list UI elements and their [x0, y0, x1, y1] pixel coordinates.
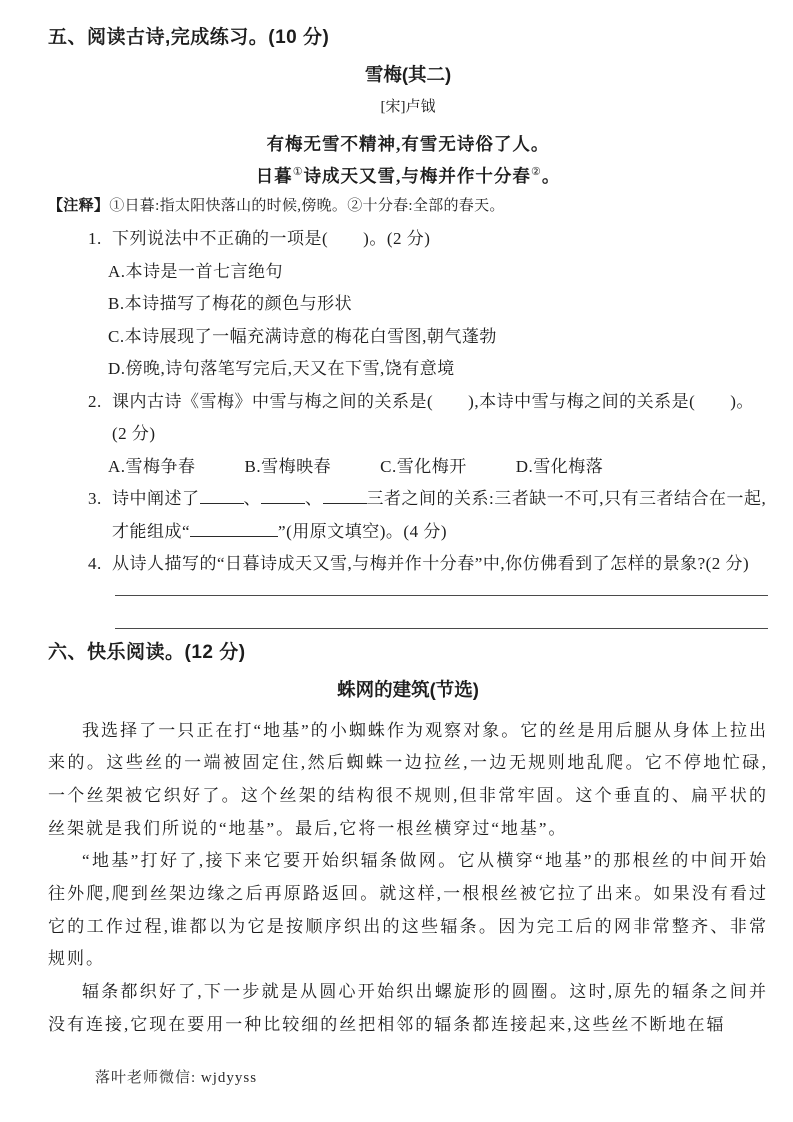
- blank-underline: [323, 488, 367, 504]
- question-2-number: 2.: [88, 386, 102, 419]
- poem-line-2: 日暮①诗成天又雪,与梅并作十分春②。: [48, 160, 768, 192]
- option-a: A.雪梅争春: [108, 451, 196, 484]
- footnote-marker-2: ②: [531, 166, 542, 178]
- section5-heading: 五、阅读古诗,完成练习。(10 分): [48, 26, 768, 50]
- annotation-label: 【注释】: [48, 197, 109, 214]
- blank-underline: [261, 488, 305, 504]
- passage-paragraph-1: 我选择了一只正在打“地基”的小蜘蛛作为观察对象。它的丝是用后腿从身体上拉出来的。…: [48, 715, 768, 846]
- passage-body: 我选择了一只正在打“地基”的小蜘蛛作为观察对象。它的丝是用后腿从身体上拉出来的。…: [48, 715, 768, 1042]
- option-c: C.雪化梅开: [380, 451, 467, 484]
- question-1: 1. 下列说法中不正确的一项是( )。(2 分) A.本诗是一首七言绝句 B.本…: [88, 223, 768, 386]
- answer-line-1: [115, 595, 768, 596]
- question-3: 3. 诗中阐述了、、三者之间的关系:三者缺一不可,只有三者结合在一起,才能组成“…: [88, 483, 768, 548]
- blank-underline-long: [190, 521, 278, 537]
- question-4-text: 从诗人描写的“日暮诗成天又雪,与梅并作十分春”中,你仿佛看到了怎样的景象?(2 …: [112, 554, 749, 573]
- question-2-options: A.雪梅争春 B.雪梅映春 C.雪化梅开 D.雪化梅落: [108, 451, 768, 484]
- question-1-number: 1.: [88, 223, 102, 256]
- annotation-text: ①日暮:指太阳快落山的时候,傍晚。②十分春:全部的春天。: [109, 198, 505, 214]
- option-a: A.本诗是一首七言绝句: [108, 256, 768, 289]
- question-1-text: 下列说法中不正确的一项是( )。(2 分): [112, 229, 430, 248]
- passage-paragraph-2: “地基”打好了,接下来它要开始织辐条做网。它从横穿“地基”的那根丝的中间开始往外…: [48, 845, 768, 976]
- option-b: B.雪梅映春: [245, 451, 332, 484]
- question-4-number: 4.: [88, 548, 102, 581]
- question-1-options: A.本诗是一首七言绝句 B.本诗描写了梅花的颜色与形状 C.本诗展现了一幅充满诗…: [112, 256, 768, 386]
- teacher-wechat-note: 落叶老师微信: wjdyyss: [95, 1066, 257, 1087]
- poem-title: 雪梅(其二): [48, 62, 768, 88]
- option-b: B.本诗描写了梅花的颜色与形状: [108, 288, 768, 321]
- section-happy-reading: 六、快乐阅读。(12 分) 蛛网的建筑(节选) 我选择了一只正在打“地基”的小蜘…: [48, 641, 768, 1042]
- poem-body: 有梅无雪不精神,有雪无诗俗了人。 日暮①诗成天又雪,与梅并作十分春②。: [48, 128, 768, 192]
- option-d: D.雪化梅落: [516, 451, 604, 484]
- passage-title: 蛛网的建筑(节选): [48, 677, 768, 703]
- poem-author: [宋]卢钺: [48, 96, 768, 118]
- answer-line-2: [115, 628, 768, 629]
- section6-heading: 六、快乐阅读。(12 分): [48, 641, 768, 665]
- question-4: 4. 从诗人描写的“日暮诗成天又雪,与梅并作十分春”中,你仿佛看到了怎样的景象?…: [88, 548, 768, 581]
- question-2-text: 课内古诗《雪梅》中雪与梅之间的关系是( ),本诗中雪与梅之间的关系是( )。(2…: [112, 392, 754, 444]
- section-poetry-reading: 五、阅读古诗,完成练习。(10 分) 雪梅(其二) [宋]卢钺 有梅无雪不精神,…: [48, 26, 768, 629]
- footnote-marker-1: ①: [293, 166, 304, 178]
- blank-underline: [200, 488, 244, 504]
- question-3-number: 3.: [88, 483, 102, 516]
- option-c: C.本诗展现了一幅充满诗意的梅花白雪图,朝气蓬勃: [108, 321, 768, 354]
- poem-annotation: 【注释】①日暮:指太阳快落山的时候,傍晚。②十分春:全部的春天。: [48, 195, 768, 217]
- worksheet-page: 五、阅读古诗,完成练习。(10 分) 雪梅(其二) [宋]卢钺 有梅无雪不精神,…: [0, 0, 793, 1122]
- question-3-text: 诗中阐述了、、三者之间的关系:三者缺一不可,只有三者结合在一起,才能组成“”(用…: [112, 489, 766, 541]
- question-2: 2. 课内古诗《雪梅》中雪与梅之间的关系是( ),本诗中雪与梅之间的关系是( )…: [88, 386, 768, 484]
- passage-paragraph-3: 辐条都织好了,下一步就是从圆心开始织出螺旋形的圆圈。这时,原先的辐条之间并没有连…: [48, 976, 768, 1041]
- poem-line-1: 有梅无雪不精神,有雪无诗俗了人。: [48, 128, 768, 160]
- question-list: 1. 下列说法中不正确的一项是( )。(2 分) A.本诗是一首七言绝句 B.本…: [88, 223, 768, 581]
- option-d: D.傍晚,诗句落笔写完后,天又在下雪,饶有意境: [108, 353, 768, 386]
